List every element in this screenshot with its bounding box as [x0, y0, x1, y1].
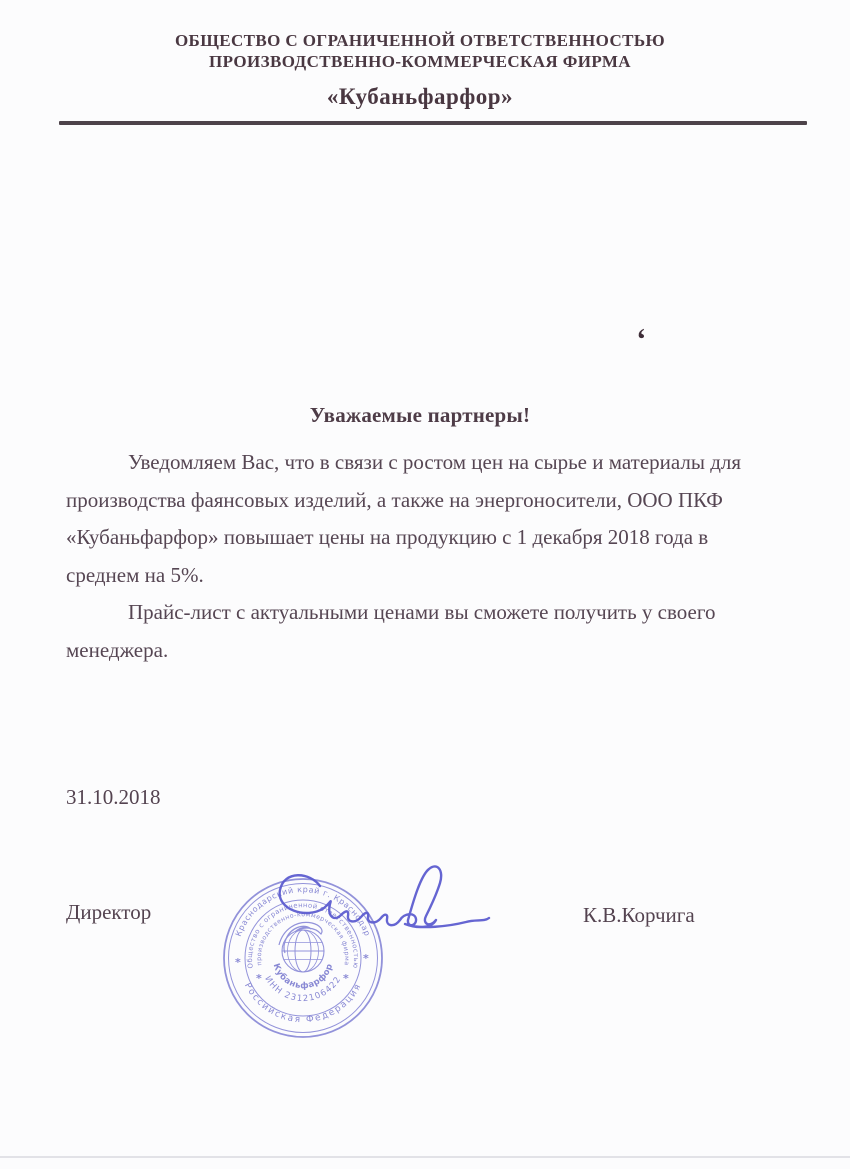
scanned-letter-page: ОБЩЕСТВО С ОГРАНИЧЕННОЙ ОТВЕТСТВЕННОСТЬЮ…	[0, 0, 850, 1169]
letterhead-line2: ПРОИЗВОДСТВЕННО-КОММЕРЧЕСКАЯ ФИРМА	[0, 52, 840, 72]
letterhead-company-name: «Кубаньфарфор»	[0, 84, 840, 110]
stray-ink-mark: ‘	[635, 322, 650, 357]
stamp-star-inner-left: *	[256, 972, 262, 985]
letterhead-divider-rule	[59, 121, 807, 125]
paragraph-line: Прайс-лист с актуальными ценами вы сможе…	[66, 594, 806, 632]
stamp-star-left: *	[235, 956, 241, 969]
salutation-heading: Уважаемые партнеры!	[0, 403, 840, 428]
stamp-star-inner-right: *	[343, 972, 349, 985]
paragraph-2: Прайс-лист с актуальными ценами вы сможе…	[66, 594, 806, 669]
signer-name: К.В.Корчига	[583, 903, 695, 928]
scan-page-edge	[0, 1156, 850, 1158]
paragraph-line: «Кубаньфарфор» повышает цены на продукци…	[66, 519, 806, 557]
paragraph-line: Уведомляем Вас, что в связи с ростом цен…	[66, 444, 806, 482]
letterhead-line1: ОБЩЕСТВО С ОГРАНИЧЕННОЙ ОТВЕТСТВЕННОСТЬЮ	[0, 31, 840, 51]
stamp-star-right: *	[363, 952, 369, 965]
paragraph-line: менеджера.	[66, 632, 806, 670]
paragraph-1: Уведомляем Вас, что в связи с ростом цен…	[66, 444, 806, 594]
paragraph-line: среднем на 5%.	[66, 557, 806, 595]
letter-date: 31.10.2018	[66, 785, 161, 810]
paragraph-line: производства фаянсовых изделий, а также …	[66, 482, 806, 520]
svg-text:«Кубаньфарфор»: «Кубаньфарфор»	[271, 951, 336, 991]
director-signature	[222, 858, 502, 950]
signer-title: Директор	[66, 900, 151, 925]
stamp-company-name-text: «Кубаньфарфор»	[271, 951, 336, 991]
